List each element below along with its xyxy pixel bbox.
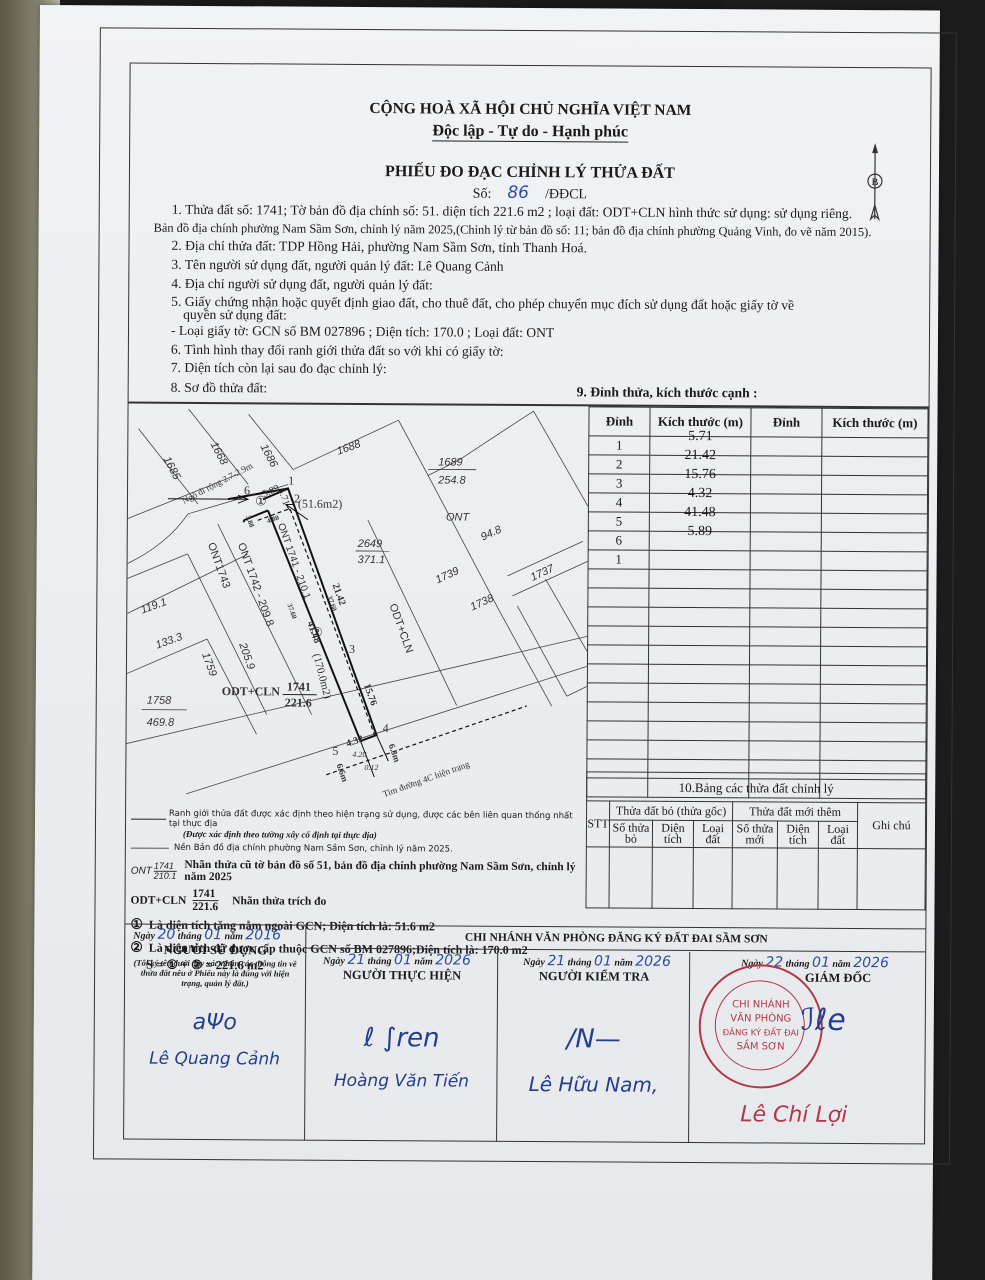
user-role: NGƯỜI SỬ DỤNG — [125, 943, 305, 959]
svg-text:15.76: 15.76 — [361, 682, 379, 707]
nation-heading: CỘNG HOÀ XÃ HỘI CHỦ NGHĨA VIỆT NAM — [130, 99, 930, 122]
field-8: 8. Sơ đồ thửa đất: — [171, 380, 268, 397]
svg-text:2: 2 — [294, 492, 300, 506]
checker-role: NGƯỜI KIỂM TRA — [499, 969, 689, 985]
svg-text:1688: 1688 — [335, 438, 363, 458]
svg-text:4.32: 4.32 — [345, 733, 365, 749]
director-signature-mark: ℐℓe — [801, 1003, 846, 1038]
motto: Độc lập - Tự do - Hạnh phúc — [130, 121, 930, 144]
col-old-num: Số thửa bỏ — [609, 820, 652, 847]
svg-text:ONT 1742 - 209.8: ONT 1742 - 209.8 — [235, 541, 276, 628]
svg-text:41.48: 41.48 — [304, 620, 322, 645]
svg-text:0.12: 0.12 — [364, 763, 378, 772]
svg-text:1: 1 — [288, 474, 294, 488]
col-old-type: Loại đất — [693, 821, 732, 848]
svg-text:(51.6m2): (51.6m2) — [298, 497, 342, 511]
vertex-id: 1 — [588, 550, 649, 569]
svg-text:1689: 1689 — [438, 456, 463, 468]
svg-text:1741: 1741 — [287, 680, 311, 694]
table-row: 1 — [588, 550, 927, 571]
field-4: 4. Địa chỉ người sử dụng đất, người quản… — [171, 276, 433, 294]
edge-length: 4.32 — [649, 484, 750, 504]
svg-text:ONT 1741 - 210.1: ONT 1741 - 210.1 — [275, 522, 312, 601]
vertex-id: 4 — [588, 493, 649, 512]
performer-role: NGƯỜI THỰC HIỆN — [307, 968, 497, 984]
field-1: 1. Thửa đất số: 1741; Tờ bản đồ địa chín… — [172, 202, 852, 222]
table-row — [588, 607, 927, 628]
user-signed-name: Lê Quang Cảnh — [125, 1049, 305, 1070]
svg-text:221.6: 221.6 — [285, 696, 312, 710]
signature-user: Ngày 20 tháng 01 năm 2016 NGƯỜI SỬ DỤNG … — [124, 925, 306, 1141]
adjustment-table: 10.Bảng các thửa đất chỉnh lý STT Thửa đ… — [585, 771, 926, 910]
table-row: 541.48 — [588, 512, 927, 533]
user-date: Ngày 20 tháng 01 năm 2016 — [133, 927, 305, 944]
edge-length: 5.71 — [650, 427, 751, 447]
col-note: Ghi chú — [857, 803, 925, 849]
svg-text:371.1: 371.1 — [358, 554, 386, 566]
svg-text:1685: 1685 — [161, 455, 183, 483]
legend-thin: Nền Bản đồ địa chính phường Nam Sầm Sơn,… — [131, 843, 586, 856]
signature-office: CHI NHÁNH VĂN PHÒNG ĐĂNG KÝ ĐẤT ĐAI SẦM … — [306, 926, 925, 1145]
svg-text:1668: 1668 — [208, 440, 230, 468]
col-vertex: Đỉnh — [589, 407, 650, 436]
svg-text:(170.0m2): (170.0m2) — [310, 652, 333, 700]
svg-text:5: 5 — [332, 744, 338, 758]
col-new-area: Diện tích — [777, 821, 818, 848]
col-old-area: Diện tích — [652, 820, 693, 847]
legend-solid: Ranh giới thửa đất được xác định theo hi… — [131, 809, 586, 832]
svg-text:254.8: 254.8 — [437, 474, 466, 486]
vertex-id: 2 — [589, 455, 650, 474]
vertex-id: 1 — [589, 436, 650, 455]
user-confirm-note: (Tôi ký tên dưới đây xác nhận các thông … — [125, 958, 305, 989]
signature-section: Ngày 20 tháng 01 năm 2016 NGƯỜI SỬ DỤNG … — [124, 924, 925, 1145]
svg-text:1739: 1739 — [434, 565, 461, 586]
performer-signed-name: Hoàng Văn Tiến — [306, 1071, 496, 1092]
svg-text:119.1: 119.1 — [139, 596, 168, 616]
group-new: Thửa đất mới thêm — [733, 802, 858, 822]
table-row: 44.32 — [588, 493, 927, 514]
user-signature-mark: aΨo — [125, 1010, 305, 1036]
director-signed-name: Lê Chí Lợi — [740, 1102, 847, 1128]
svg-text:3: 3 — [349, 642, 355, 656]
checker-signature-mark: /Ν— — [499, 1024, 689, 1055]
svg-text:1686: 1686 — [258, 442, 280, 470]
edge-length — [649, 541, 750, 561]
field-5-doc: - Loại giấy tờ: GCN số BM 027896 ; Diện … — [171, 323, 554, 341]
svg-text:4: 4 — [383, 721, 389, 735]
legend-new-label: ODT+CLN 1741221.6 Nhãn thửa trích đo — [130, 888, 585, 916]
adjust-title: 10.Bảng các thửa đất chỉnh lý — [587, 772, 926, 803]
vertex-id: 5 — [588, 512, 649, 531]
svg-text:1738: 1738 — [469, 592, 497, 613]
table-row — [587, 702, 926, 723]
svg-text:1737: 1737 — [529, 562, 557, 583]
table-row — [588, 588, 927, 609]
vertex-id: 6 — [588, 531, 649, 550]
svg-text:ONT: ONT — [446, 511, 471, 523]
svg-text:6: 6 — [244, 483, 250, 497]
col-size-2: Kích thước (m) — [822, 408, 928, 438]
edge-length: 41.48 — [649, 503, 750, 523]
col-new-type: Loại đất — [818, 821, 857, 848]
signature-checker: Ngày 21 tháng 01 năm 2026 NGƯỜI KIỂM TRA… — [498, 951, 690, 1143]
field-7: 7. Diện tích còn lại sau đo đạc chỉnh lý… — [171, 360, 387, 377]
svg-text:205.9: 205.9 — [236, 640, 257, 671]
svg-text:2649: 2649 — [357, 538, 383, 550]
svg-text:1758: 1758 — [147, 695, 172, 707]
table-row: 221.42 — [589, 455, 928, 476]
field-3: 3. Tên người sử dụng đất, người quản lý … — [171, 257, 503, 275]
col-stt: STT — [586, 801, 609, 847]
svg-text:469.8: 469.8 — [147, 717, 175, 729]
table-row: 315.76 — [589, 474, 928, 495]
parcel-diagram: 1685 1668 1686 1688 1689 254.8 ONT 2649 … — [126, 404, 588, 807]
svg-text:133.3: 133.3 — [154, 631, 185, 652]
table-row — [587, 683, 926, 704]
svg-text:ONT1743: ONT1743 — [205, 541, 232, 590]
table-row — [587, 645, 926, 666]
table-row — [588, 569, 927, 590]
vertex-id: 3 — [589, 474, 650, 493]
group-old: Thửa đất bỏ (thửa gốc) — [610, 801, 733, 821]
legend-old-label: ONT 1741210.1 Nhãn thửa cũ tờ bản đồ số … — [131, 859, 586, 886]
field-6: 6. Tình hình thay đổi ranh giới thửa đất… — [171, 342, 504, 360]
field-1-map: Bản đồ địa chính phường Nam Sầm Sơn, chỉ… — [154, 221, 872, 240]
table-row — [587, 664, 926, 685]
signature-performer: Ngày 21 tháng 01 năm 2026 NGƯỜI THỰC HIỆ… — [306, 950, 498, 1142]
svg-text:94.8: 94.8 — [479, 523, 504, 543]
form-frame: CỘNG HOÀ XÃ HỘI CHỦ NGHĨA VIỆT NAM Độc l… — [123, 63, 932, 1145]
signature-director: Ngày 22 tháng 01 năm 2026 GIÁM ĐỐC CHI N… — [690, 952, 925, 1144]
field-9: 9. Đỉnh thửa, kích thước cạnh : — [577, 384, 758, 401]
checker-signed-name: Lê Hữu Nam, — [498, 1072, 688, 1097]
document-page: CỘNG HOÀ XÃ HỘI CHỦ NGHĨA VIỆT NAM Độc l… — [32, 5, 940, 1280]
edge-length: 21.42 — [650, 446, 751, 466]
table-row: 65.89 — [588, 531, 927, 552]
field-5-cont: quyền sử dụng đất: — [183, 307, 287, 324]
table-row — [588, 626, 927, 647]
edge-length: 15.76 — [650, 465, 751, 485]
checker-date: Ngày 21 tháng 01 năm 2026 — [523, 953, 689, 970]
svg-text:ODT+CLN: ODT+CLN — [222, 684, 281, 698]
col-new-num: Số thửa mới — [732, 821, 777, 848]
performer-date: Ngày 21 tháng 01 năm 2026 — [323, 952, 497, 969]
vertex-table: Đỉnh Kích thước (m) Đỉnh Kích thước (m) … — [586, 406, 928, 799]
table-row — [587, 721, 926, 742]
svg-text:6.6m: 6.6m — [334, 762, 350, 783]
field-2: 2. Địa chỉ thửa đất: TDP Hồng Hải, phườn… — [171, 238, 587, 257]
svg-text:B: B — [872, 177, 879, 188]
col-vertex-2: Đỉnh — [751, 408, 822, 437]
svg-text:4.20: 4.20 — [352, 750, 366, 759]
svg-text:Tim đường 4C hiện trạng: Tim đường 4C hiện trạng — [381, 759, 471, 799]
edge-length: 5.89 — [649, 522, 750, 542]
performer-signature-mark: ℓ ∫ren — [307, 1023, 497, 1054]
table-row: 15.71 — [589, 436, 928, 457]
table-row — [587, 740, 926, 761]
svg-text:37.60: 37.60 — [285, 603, 298, 621]
office-name: CHI NHÁNH VĂN PHÒNG ĐĂNG KÝ ĐẤT ĐAI SẦM … — [307, 926, 925, 953]
north-arrow-icon: B — [860, 143, 891, 228]
